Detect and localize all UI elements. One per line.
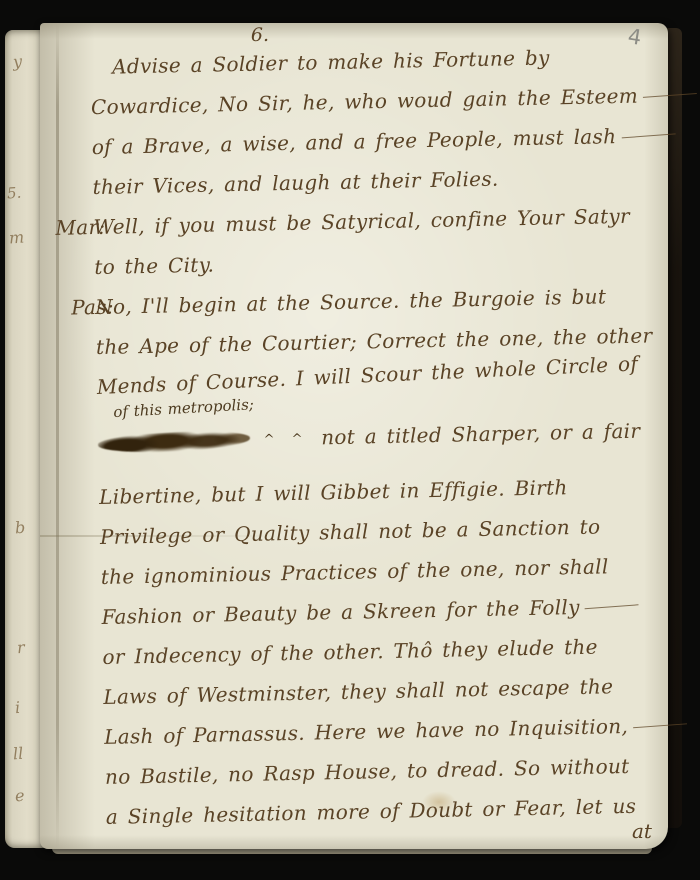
manuscript-line-text: not a titled Sharper, or a fair xyxy=(321,419,641,450)
margin-text-fragment: r xyxy=(16,638,25,657)
margin-text-fragment: y xyxy=(12,52,22,72)
manuscript-page: 6. 4 Advise a Soldier to make his Fortun… xyxy=(40,23,668,849)
mar-speech: Mar: Well, if you must be Satyrical, con… xyxy=(93,195,647,287)
margin-text-fragment: 5. xyxy=(6,184,22,203)
speaker-label-pas: Pas: xyxy=(71,287,115,328)
speaker-label-mar: Mar: xyxy=(55,207,106,248)
opening-paragraph: Advise a Soldier to make his Fortune by … xyxy=(90,36,645,208)
margin-text-fragment: ll xyxy=(12,744,24,764)
margin-text-fragment: i xyxy=(14,698,20,717)
insertion-carets: ^ ^ xyxy=(263,425,308,456)
previous-leaf-edge: y 5. m b r i ll e xyxy=(5,30,45,848)
manuscript-line-with-deletion: of this metropolis; ^ ^ not a titled Sha… xyxy=(97,395,650,477)
manuscript-text: Advise a Soldier to make his Fortune by … xyxy=(90,36,658,837)
margin-text-fragment: e xyxy=(14,786,25,806)
margin-text-fragment: b xyxy=(14,518,26,538)
catchword: at xyxy=(632,819,652,843)
gutter-crease xyxy=(56,23,59,849)
margin-text-fragment: m xyxy=(8,227,24,247)
ink-blot-deletion xyxy=(98,428,251,455)
binding-board-edge xyxy=(666,28,682,828)
manuscript-photo: y 5. m b r i ll e 6. 4 Advise a Soldier … xyxy=(0,0,700,880)
pas-speech: Pas: No, I'll begin at the Source. the B… xyxy=(95,275,658,836)
